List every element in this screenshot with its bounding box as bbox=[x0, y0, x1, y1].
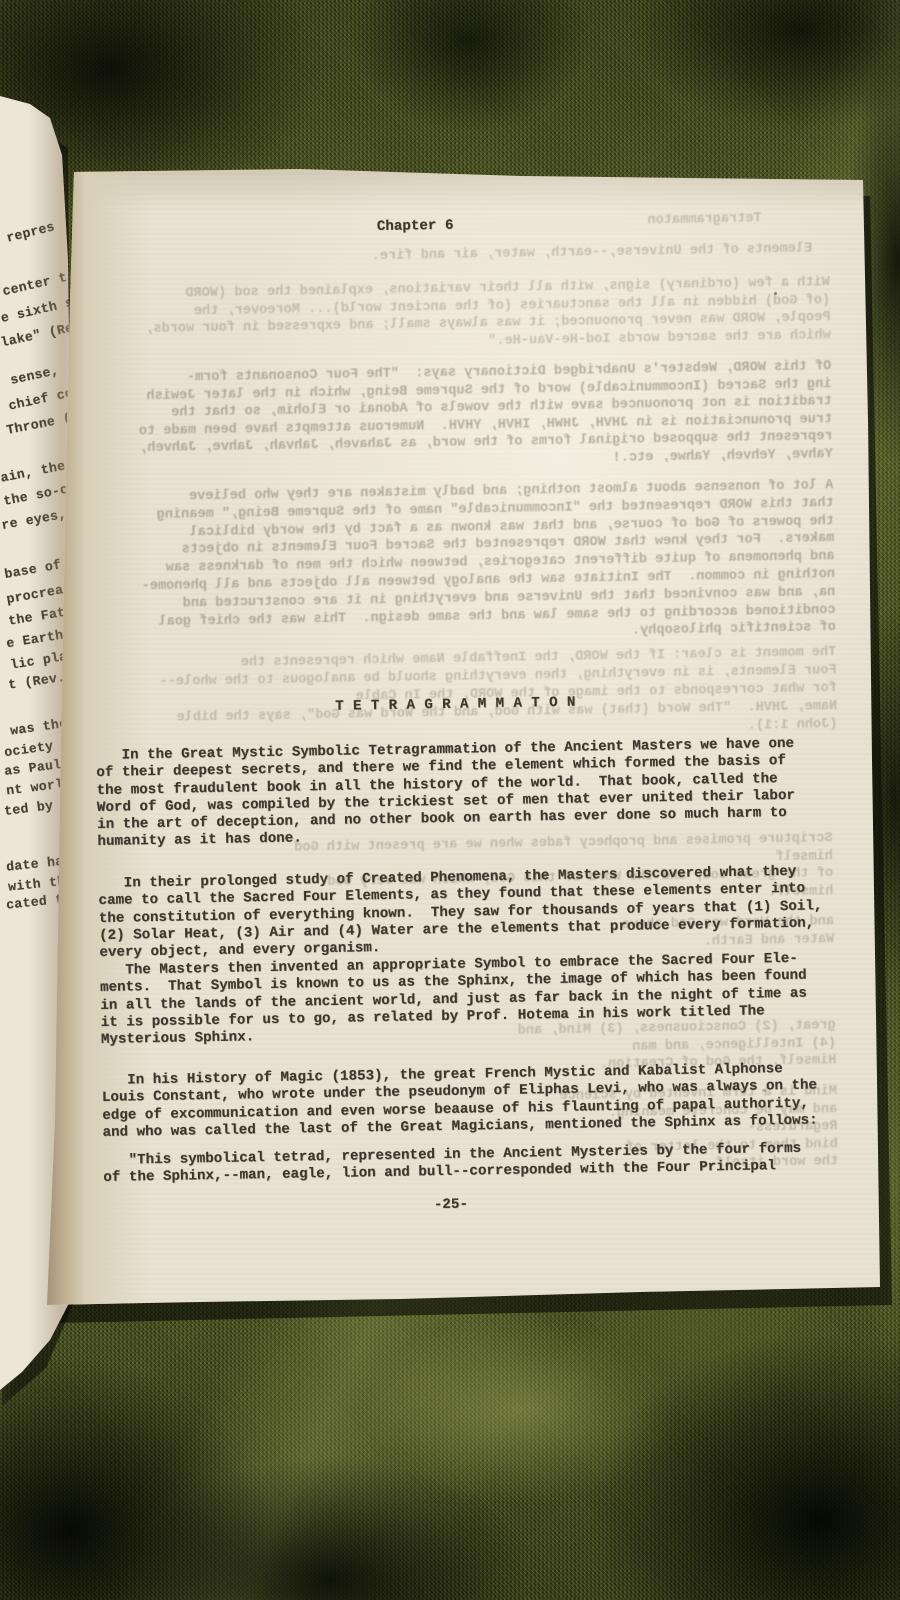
body-paragraph: In the Great Mystic Symbolic Tetragramma… bbox=[96, 735, 848, 852]
dust-speck bbox=[420, 968, 423, 970]
body-paragraph: In their prolonged study of Created Phen… bbox=[98, 863, 849, 963]
body-paragraph: "This symbolical tetrad, represented in … bbox=[103, 1140, 853, 1188]
dust-speck bbox=[762, 1089, 766, 1092]
dust-speck bbox=[774, 292, 777, 295]
body-paragraph: The Masters then invented an appropriate… bbox=[100, 950, 851, 1050]
body-paragraph: In his History of Magic (1853), the grea… bbox=[102, 1060, 853, 1142]
chapter-heading: Chapter 6 bbox=[377, 218, 454, 237]
page-number: -25- bbox=[434, 1197, 468, 1215]
page-title: T E T R A G R A M M A T O N bbox=[335, 695, 576, 716]
book-photo: represcenter te sixth selake" (Revsense,… bbox=[0, 0, 900, 1600]
